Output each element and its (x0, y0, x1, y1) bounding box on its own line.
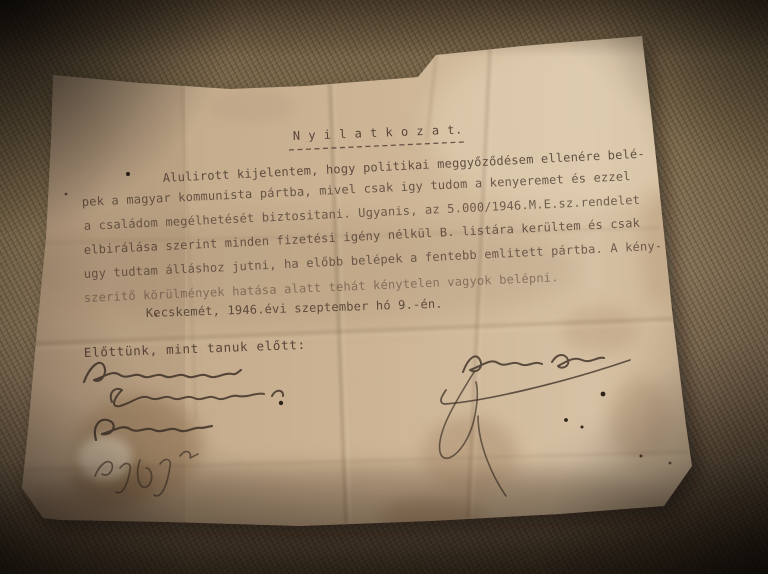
photo-of-document: N y i l a t k o z a t. Alulirott kijelen… (0, 0, 768, 574)
stain-top-left (63, 113, 127, 157)
stain-right-low (610, 378, 670, 462)
paper-document: N y i l a t k o z a t. Alulirott kijelen… (0, 0, 768, 574)
stain-light-patch (78, 435, 132, 481)
stain-top-band (206, 90, 294, 122)
stain-right-mid (562, 306, 638, 354)
witness-signature-2-dot (279, 401, 283, 405)
